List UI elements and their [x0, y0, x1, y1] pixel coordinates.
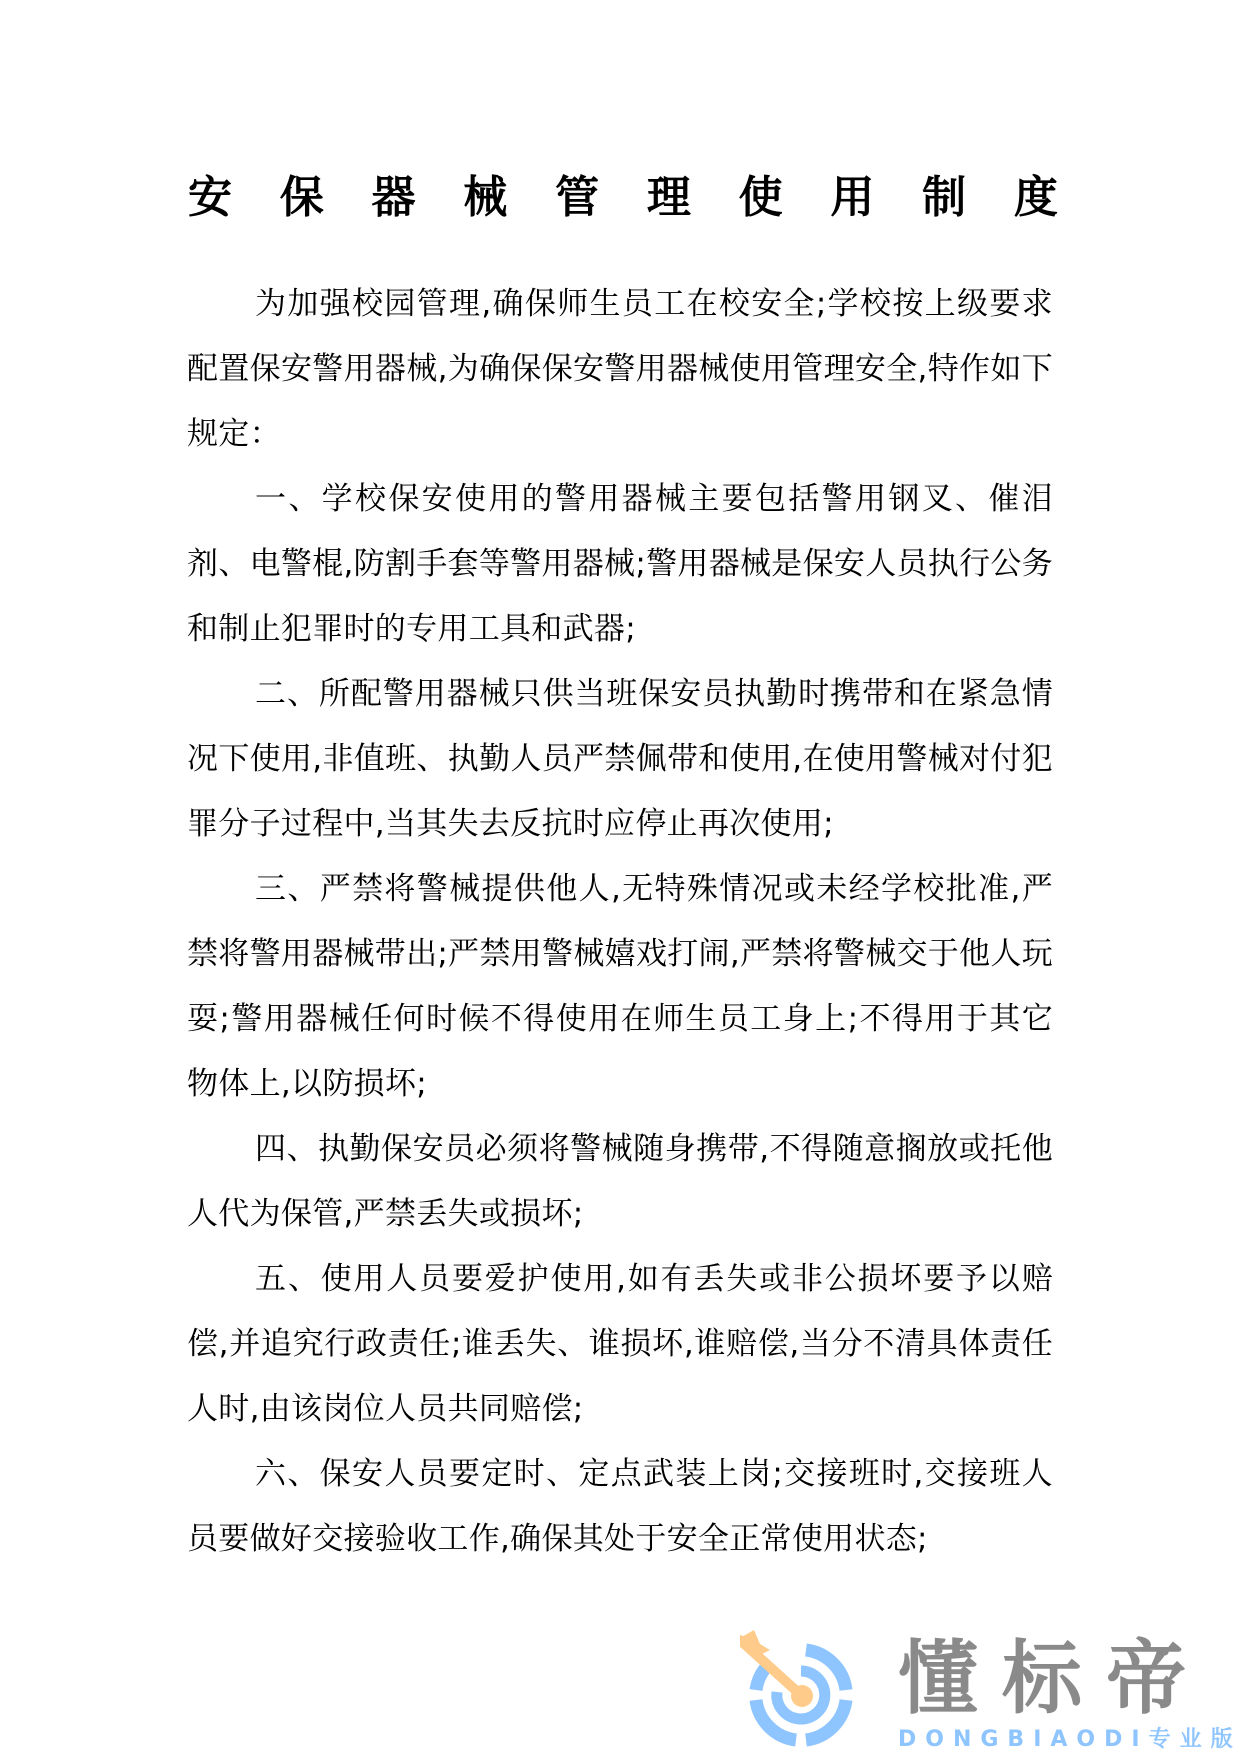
title-char: 器 — [372, 168, 416, 228]
title-char: 理 — [647, 168, 691, 228]
title-char: 械 — [463, 168, 507, 228]
title-char: 用 — [830, 168, 874, 228]
rule-paragraph-4: 四、执勤保安员必须将警械随身携带,不得随意搁放或托他人代为保管,严禁丢失或损坏; — [187, 1117, 1053, 1247]
rule-paragraph-6: 六、保安人员要定时、定点武装上岗;交接班时,交接班人员要做好交接验收工作,确保其… — [187, 1442, 1053, 1572]
title-char: 制 — [922, 168, 966, 228]
rule-paragraph-2: 二、所配警用器械只供当班保安员执勤时携带和在紧急情况下使用,非值班、执勤人员严禁… — [187, 662, 1053, 857]
title-char: 使 — [739, 168, 783, 228]
document-title: 安 保 器 械 管 理 使 用 制 度 — [188, 168, 1058, 228]
document-page: 安 保 器 械 管 理 使 用 制 度 为加强校园管理,确保师生员工在校安全;学… — [0, 0, 1241, 1754]
title-char: 管 — [555, 168, 599, 228]
watermark: 懂标帝 DONGBIAODI专业版 — [740, 1630, 1210, 1754]
intro-paragraph: 为加强校园管理,确保师生员工在校安全;学校按上级要求配置保安警用器械,为确保保安… — [187, 272, 1053, 467]
title-char: 安 — [188, 168, 232, 228]
rule-paragraph-3: 三、严禁将警械提供他人,无特殊情况或未经学校批准,严禁将警用器械带出;严禁用警械… — [187, 857, 1053, 1117]
watermark-subtitle: DONGBIAODI专业版 — [898, 1726, 1241, 1754]
target-arrow-icon — [740, 1630, 860, 1754]
rule-paragraph-1: 一、学校保安使用的警用器械主要包括警用钢叉、催泪剂、电警棍,防割手套等警用器械;… — [187, 467, 1053, 662]
rule-paragraph-5: 五、使用人员要爱护使用,如有丢失或非公损坏要予以赔偿,并追究行政责任;谁丢失、谁… — [187, 1247, 1053, 1442]
title-char: 度 — [1014, 168, 1058, 228]
document-body: 为加强校园管理,确保师生员工在校安全;学校按上级要求配置保安警用器械,为确保保安… — [187, 272, 1053, 1572]
title-char: 保 — [280, 168, 324, 228]
watermark-brand: 懂标帝 — [898, 1634, 1210, 1724]
